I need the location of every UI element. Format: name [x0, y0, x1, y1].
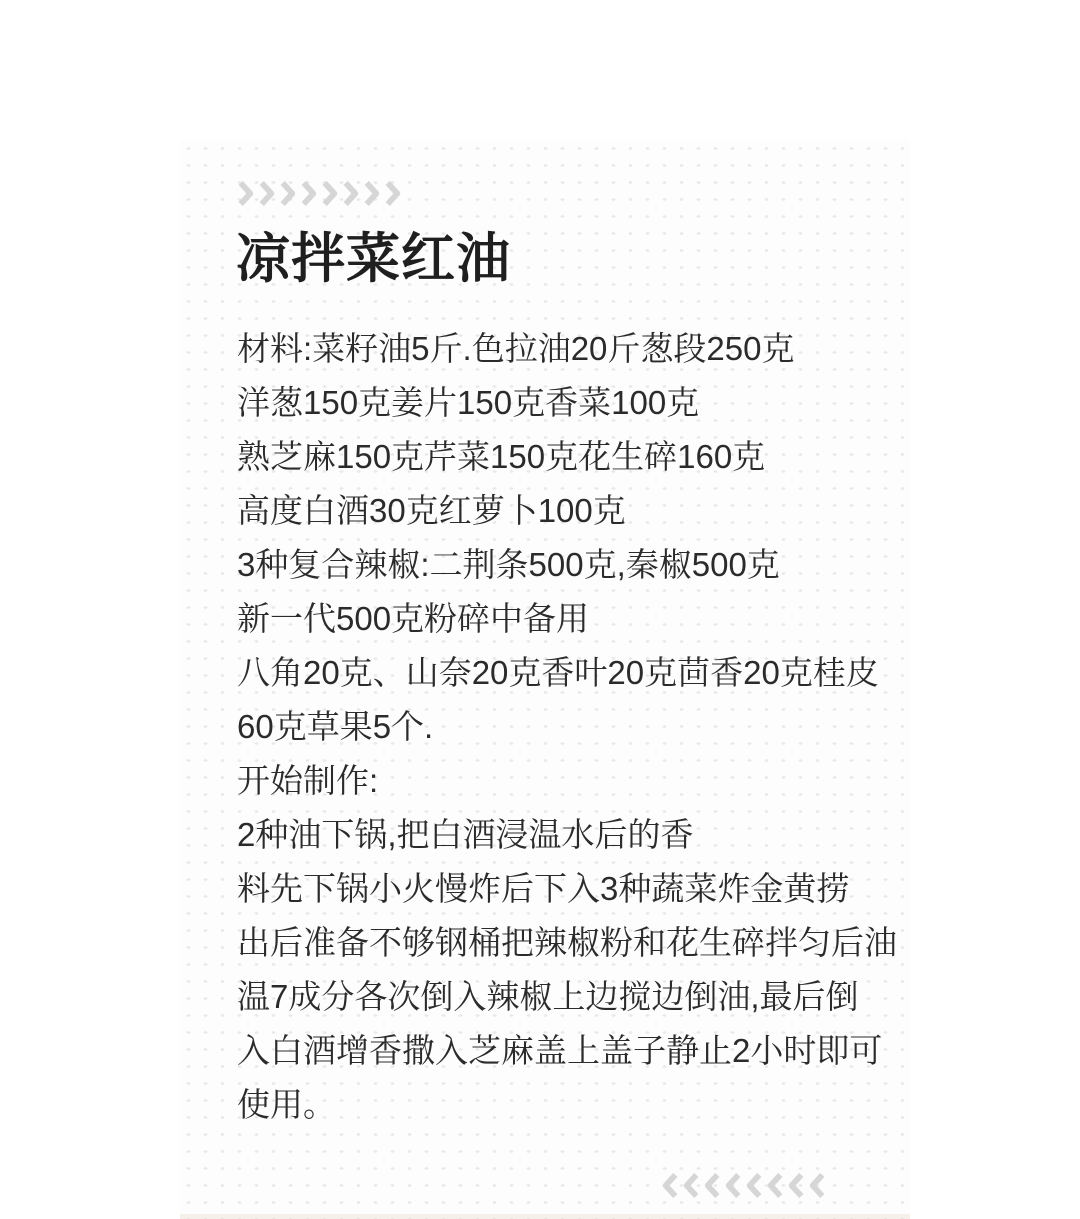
recipe-line: 3种复合辣椒:二荆条500克,秦椒500克 [237, 538, 902, 592]
chevron-right-icon [342, 181, 359, 206]
recipe-line: 熟芝麻150克芹菜150克花生碎160克 [237, 430, 902, 484]
recipe-line: 八角20克、山奈20克香叶20克茴香20克桂皮 [237, 646, 902, 700]
recipe-line: 材料:菜籽油5斤.色拉油20斤葱段250克 [237, 322, 902, 376]
chevron-right-icon [237, 181, 254, 206]
recipe-line: 使用。 [237, 1078, 902, 1132]
recipe-line: 料先下锅小火慢炸后下入3种蔬菜炸金黄捞 [237, 862, 902, 916]
chevron-left-icon [746, 1173, 763, 1198]
chevron-left-icon [683, 1173, 700, 1198]
chevron-left-icon [704, 1173, 721, 1198]
recipe-line: 新一代500克粉碎中备用 [237, 592, 902, 646]
chevron-right-icon [258, 181, 275, 206]
recipe-card: 凉拌菜红油 材料:菜籽油5斤.色拉油20斤葱段250克 洋葱150克姜片150克… [180, 140, 910, 1219]
recipe-page: 凉拌菜红油 材料:菜籽油5斤.色拉油20斤葱段250克 洋葱150克姜片150克… [0, 0, 1080, 1219]
recipe-line: 高度白酒30克红萝卜100克 [237, 484, 902, 538]
chevron-left-icon [725, 1173, 742, 1198]
chevron-right-icon [300, 181, 317, 206]
recipe-line: 开始制作: [237, 754, 902, 808]
chevron-right-icon [279, 181, 296, 206]
recipe-line: 洋葱150克姜片150克香菜100克 [237, 376, 902, 430]
chevron-right-icon [384, 181, 401, 206]
recipe-line: 温7成分各次倒入辣椒上边搅边倒油,最后倒 [237, 970, 902, 1024]
recipe-line: 入白酒增香撒入芝麻盖上盖子静止2小时即可 [237, 1024, 902, 1078]
recipe-line: 出后准备不够钢桶把辣椒粉和花生碎拌匀后油 [237, 916, 902, 970]
bottom-edge-tint [180, 1214, 910, 1219]
recipe-body: 材料:菜籽油5斤.色拉油20斤葱段250克 洋葱150克姜片150克香菜100克… [237, 322, 902, 1132]
recipe-line: 2种油下锅,把白酒浸温水后的香 [237, 808, 902, 862]
chevron-left-icon [788, 1173, 805, 1198]
recipe-title: 凉拌菜红油 [236, 228, 511, 290]
chevrons-right-decoration [237, 181, 405, 206]
chevron-left-icon [767, 1173, 784, 1198]
chevron-right-icon [363, 181, 380, 206]
chevrons-left-decoration [662, 1173, 830, 1198]
recipe-line: 60克草果5个. [237, 700, 902, 754]
chevron-left-icon [809, 1173, 826, 1198]
chevron-left-icon [662, 1173, 679, 1198]
chevron-right-icon [321, 181, 338, 206]
